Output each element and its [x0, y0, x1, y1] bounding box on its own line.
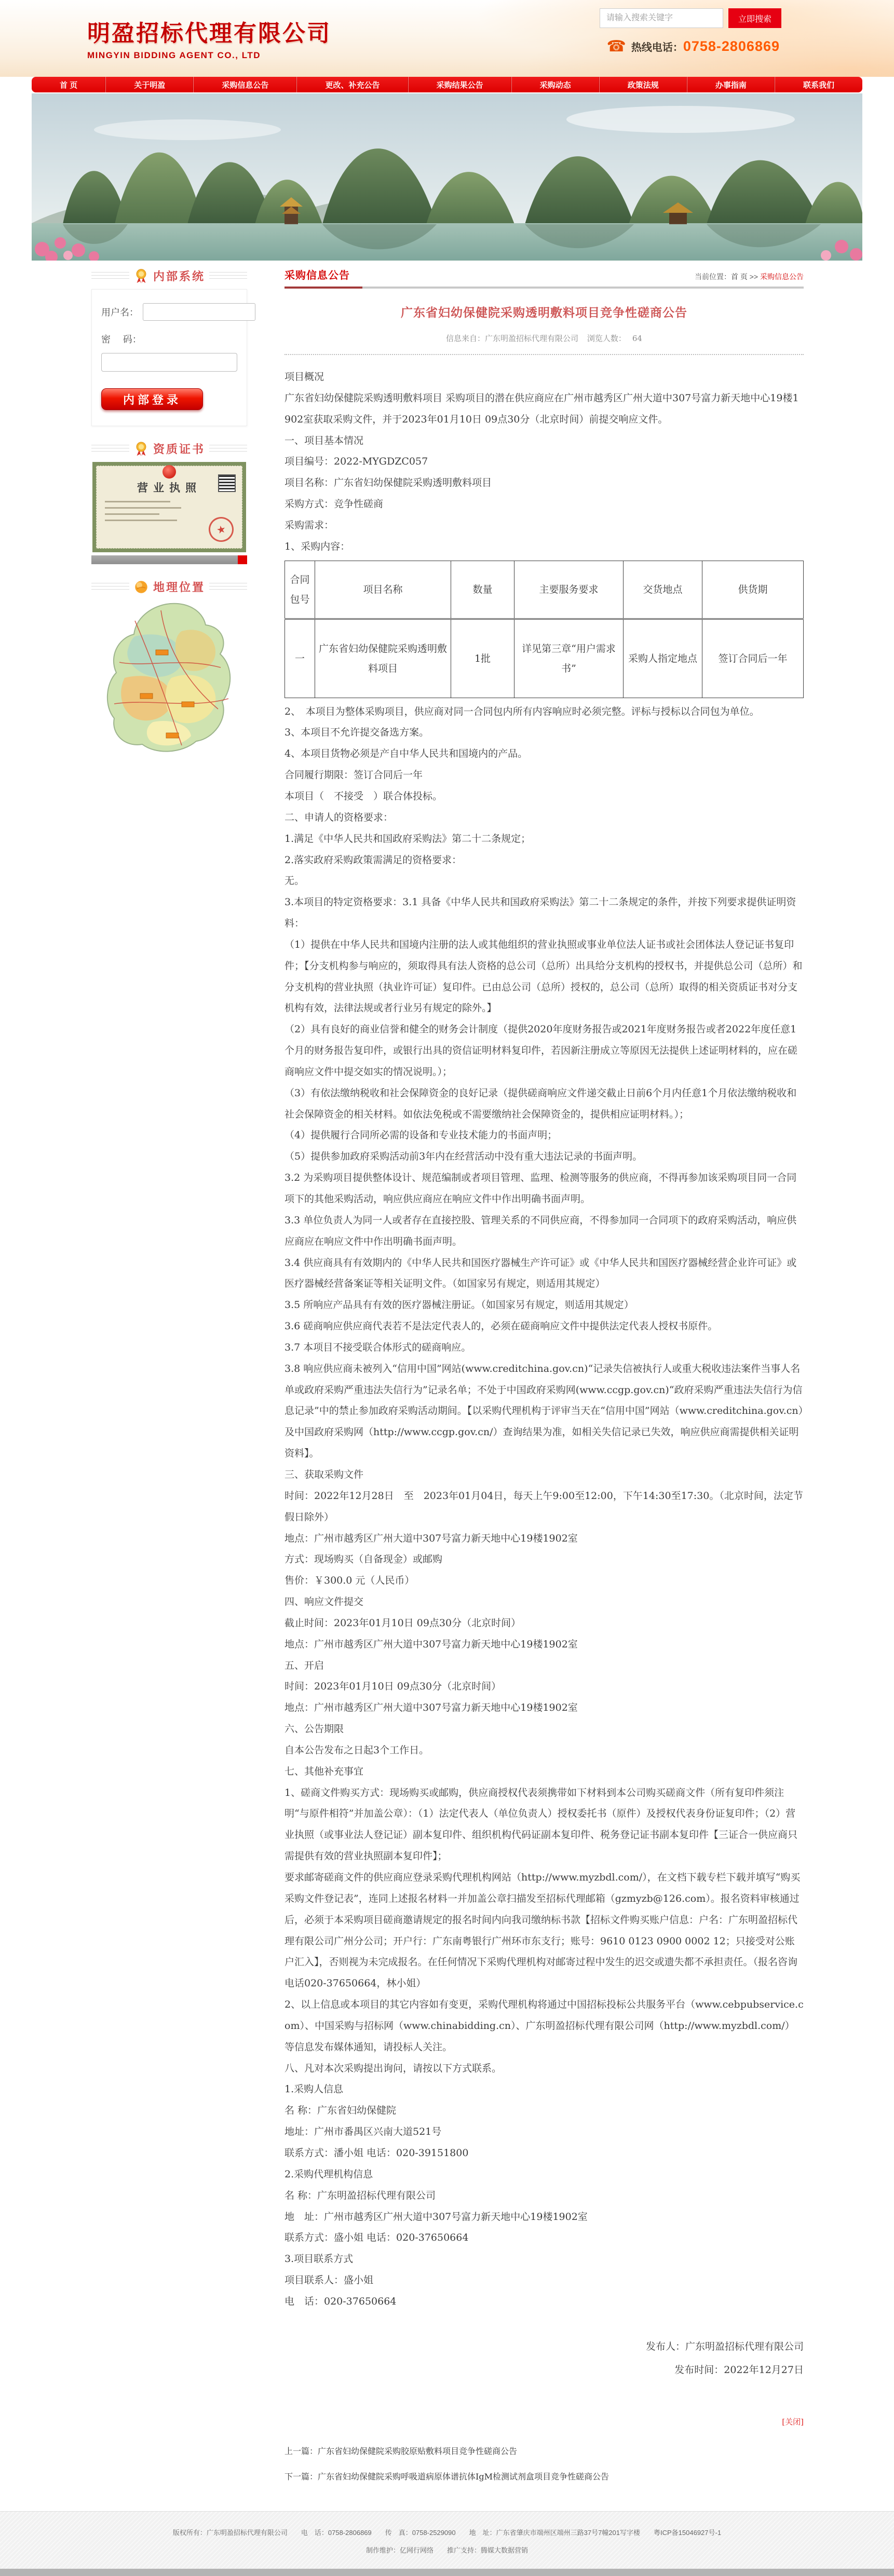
- main-header-row: 采购信息公告 当前位置：首 页 >> 采购信息公告: [285, 265, 804, 282]
- search-button[interactable]: 立即搜索: [728, 8, 781, 28]
- username-field[interactable]: [143, 303, 255, 321]
- article-paragraph: 一、项目基本情况: [285, 430, 804, 452]
- article-paragraph: 地点：广州市越秀区广州大道中307号富力新天地中心19楼1902室: [285, 1528, 804, 1549]
- close-row: [关闭]: [285, 2416, 804, 2427]
- logo-subtitle: MINGYIN BIDDING AGENT CO., LTD: [87, 50, 331, 61]
- breadcrumb-separator: >>: [748, 272, 760, 281]
- hotline-number: 0758-2806869: [683, 38, 780, 54]
- article-paragraph: （5）提供参加政府采购活动前3年内在经营活动中没有重大违法记录的书面声明。: [285, 1146, 804, 1167]
- article-paragraph: 广东省妇幼保健院采购透明敷料项目 采购项目的潜在供应商应在广州市越秀区广州大道中…: [285, 388, 804, 430]
- password-label: 密 码：: [101, 332, 237, 346]
- article-paragraph: 采购需求：: [285, 515, 804, 536]
- article-paragraph: 要求邮寄磋商文件的供应商应登录采购代理机构网站（http://www.myzbd…: [285, 1867, 804, 1994]
- article-paragraph: 名 称：广东明盈招标代理有限公司: [285, 2185, 804, 2206]
- article-paragraph: 名 称：广东省妇幼保健院: [285, 2100, 804, 2121]
- article-paragraph: 2.落实政府采购政策需满足的资格要求：: [285, 850, 804, 871]
- table-row: 一 广东省妇幼保健院采购透明敷料项目 1批 详见第三章“用户需求书” 采购人指定…: [285, 619, 804, 698]
- article-paragraph: （1）提供在中华人民共和国境内注册的法人或其他组织的营业执照或事业单位法人证书或…: [285, 934, 804, 1019]
- article-paragraph: 电 话：020-37650664: [285, 2291, 804, 2312]
- article-paragraph: （2）具有良好的商业信誉和健全的财务会计制度（提供2020年度财务报告或2021…: [285, 1019, 804, 1083]
- article-paragraph: 方式：现场购买（自备现金）或邮购: [285, 1549, 804, 1570]
- article-paragraph: 3.4 供应商具有有效期内的《中华人民共和国医疗器械生产许可证》或《中华人民共和…: [285, 1252, 804, 1295]
- section-divider: [285, 287, 804, 289]
- search-input[interactable]: [600, 8, 723, 28]
- prev-next-links: 上一篇：广东省妇幼保健院采购胶原贴敷料项目竞争性磋商公告 下一篇：广东省妇幼保健…: [285, 2445, 804, 2482]
- col-supply-period: 供货期: [702, 561, 804, 619]
- article-paragraph: 八、凡对本次采购提出询问，请按以下方式联系。: [285, 2058, 804, 2079]
- next-article-link[interactable]: 下一篇：广东省妇幼保健院采购呼吸道病原体谱抗体IgM检测试剂盒项目竞争性磋商公告: [285, 2470, 804, 2482]
- article-paragraph: 地址：广州市番禺区兴南大道521号: [285, 2121, 804, 2143]
- article-paragraph: 3.7 本项目不接受联合体形式的磋商响应。: [285, 1337, 804, 1358]
- article-paragraph: 2、 本项目为整体采购项目，供应商对同一合同包内所有内容响应时必须完整。评标与授…: [285, 701, 804, 723]
- article-body-part1: 项目概况广东省妇幼保健院采购透明敷料项目 采购项目的潜在供应商应在广州市越秀区广…: [285, 366, 804, 557]
- decor-lines: [209, 583, 247, 591]
- procurement-table: 合同包号 项目名称 数量 主要服务要求 交货地点 供货期 一 广东省妇幼保健院采…: [285, 561, 804, 698]
- article-paragraph: 项目联系人：盛小姐: [285, 2270, 804, 2291]
- article-paragraph: 1、磋商文件购买方式：现场购买或邮购，供应商授权代表须携带如下材料到本公司购买磋…: [285, 1782, 804, 1867]
- password-field[interactable]: [101, 353, 237, 372]
- red-stamp-icon: ★: [207, 515, 236, 544]
- cell-quantity: 1批: [451, 619, 514, 698]
- banner-image: [32, 93, 862, 261]
- decor-lines: [91, 583, 129, 591]
- article-paragraph: 时间：2023年01月10日 09点30分（北京时间）: [285, 1676, 804, 1697]
- article-paragraph: 3.项目联系方式: [285, 2248, 804, 2270]
- article-paragraph: 2、以上信息或本项目的其它内容如有变更，采购代理机构将通过中国招标投标公共服务平…: [285, 1994, 804, 2058]
- publisher-line: 发布人：广东明盈招标代理有限公司: [285, 2335, 804, 2359]
- business-license-image: 营业执照 ★: [92, 462, 246, 552]
- nav-item[interactable]: 办事指南: [687, 77, 775, 92]
- article-paragraph: 地点：广州市越秀区广州大道中307号富力新天地中心19楼1902室: [285, 1697, 804, 1719]
- main-column: 采购信息公告 当前位置：首 页 >> 采购信息公告 广东省妇幼保健院采购透明敷料…: [285, 265, 804, 2482]
- cell-supply-period: 签订合同后一年: [702, 619, 804, 698]
- article-paragraph: 无。: [285, 870, 804, 892]
- national-emblem-icon: [162, 465, 176, 479]
- sidebar-login-title: 内部系统: [153, 268, 205, 284]
- cell-delivery-place: 采购人指定地点: [624, 619, 702, 698]
- article-paragraph: 二、申请人的资格要求：: [285, 807, 804, 828]
- certificate-scrollbar[interactable]: [91, 555, 247, 564]
- article-paragraph: 3、本项目不允许提交备选方案。: [285, 722, 804, 743]
- article-paragraph: 时间：2022年12月28日 至 2023年01月04日，每天上午9:00至12…: [285, 1485, 804, 1528]
- nav-item[interactable]: 采购结果公告: [409, 77, 512, 92]
- article-paragraph: 地点：广州市越秀区广州大道中307号富力新天地中心19楼1902室: [285, 1634, 804, 1655]
- article-paragraph: 1.采购人信息: [285, 2079, 804, 2100]
- info-views-count: 64: [632, 334, 642, 343]
- license-text-lines: [97, 496, 206, 521]
- article-paragraph: 采购方式：竞争性磋商: [285, 494, 804, 515]
- nav-item[interactable]: 政策法规: [600, 77, 687, 92]
- nav-item[interactable]: 联系我们: [775, 77, 862, 92]
- col-quantity: 数量: [451, 561, 514, 619]
- article-paragraph: （3）有依法缴纳税收和社会保障资金的良好记录（提供磋商响应文件递交截止日前6个月…: [285, 1083, 804, 1125]
- close-link[interactable]: [关闭]: [782, 2417, 804, 2427]
- article-paragraph: 三、获取采购文件: [285, 1464, 804, 1485]
- business-license-paper: 营业执照 ★: [96, 466, 242, 549]
- username-label: 用户名：: [101, 305, 139, 319]
- col-delivery-place: 交货地点: [624, 561, 702, 619]
- globe-icon: [133, 579, 149, 595]
- document-info-line: 信息来自：广东明盈招标代理有限公司 浏览人数：64: [285, 333, 804, 355]
- article-paragraph: 4、本项目货物必须是产自中华人民共和国境内的产品。: [285, 743, 804, 765]
- article-paragraph: 自本公告发布之日起3个工作日。: [285, 1740, 804, 1761]
- article-paragraph: 截止时间：2023年01月10日 09点30分（北京时间）: [285, 1613, 804, 1634]
- page-section-title: 采购信息公告: [285, 267, 350, 282]
- sidebar: 内部系统 用户名： 密 码： 内部登录 资质证书 营业执照: [91, 265, 247, 758]
- article-body-part2: 2、 本项目为整体采购项目，供应商对同一合同包内所有内容响应时必须完整。评标与授…: [285, 701, 804, 2312]
- site-logo: 明盈招标代理有限公司 MINGYIN BIDDING AGENT CO., LT…: [87, 15, 331, 61]
- article-paragraph: 七、其他补充事宜: [285, 1761, 804, 1782]
- table-header-row: 合同包号 项目名称 数量 主要服务要求 交货地点 供货期: [285, 561, 804, 619]
- document-title: 广东省妇幼保健院采购透明敷料项目竞争性磋商公告: [285, 303, 804, 320]
- nav-item[interactable]: 首 页: [32, 77, 106, 92]
- decor-lines: [209, 445, 247, 453]
- nav-item[interactable]: 采购动态: [512, 77, 600, 92]
- breadcrumb: 当前位置：首 页 >> 采购信息公告: [695, 271, 804, 282]
- decor-lines: [91, 272, 129, 280]
- breadcrumb-prefix: 当前位置：: [695, 272, 731, 281]
- cell-package-no: 一: [285, 619, 315, 698]
- cell-service-requirements: 详见第三章“用户需求书”: [514, 619, 624, 698]
- article-paragraph: 项目概况: [285, 366, 804, 388]
- article-paragraph: 1.满足《中华人民共和国政府采购法》第二十二条规定；: [285, 828, 804, 850]
- article-paragraph: 合同履行期限：签订合同后一年: [285, 765, 804, 786]
- sidebar-section-header-certificate: 资质证书: [91, 441, 247, 457]
- article-paragraph: 六、公告期限: [285, 1719, 804, 1740]
- article-paragraph: 项目名称：广东省妇幼保健院采购透明敷料项目: [285, 472, 804, 494]
- location-map-image: [104, 600, 235, 756]
- medal-icon: [133, 268, 149, 284]
- info-source: 信息来自：广东明盈招标代理有限公司: [446, 334, 578, 343]
- footer-credits-line: 制作维护：亿网行网络 推广支持：腾媒大数据营销: [0, 2542, 894, 2559]
- footer-copyright-line: 版权所有：广东明盈招标代理有限公司 电 话：0758-2806869 传 真：0…: [0, 2524, 894, 2542]
- hotline-label: 热线电话：: [631, 39, 683, 54]
- article-paragraph: 3.8 响应供应商未被列入“信用中国”网站(www.creditchina.go…: [285, 1358, 804, 1464]
- signature-block: 发布人：广东明盈招标代理有限公司 发布时间：2022年12月27日: [285, 2335, 804, 2382]
- nav-item[interactable]: 采购信息公告: [194, 77, 297, 92]
- nav-item[interactable]: 更改、补充公告: [297, 77, 408, 92]
- decor-lines: [209, 272, 247, 280]
- info-views-label: 浏览人数：: [587, 334, 626, 343]
- article-paragraph: 项目编号：2022-MYGDZC057: [285, 451, 804, 472]
- article-paragraph: 售价：￥300.0 元（人民币）: [285, 1570, 804, 1591]
- article-paragraph: 四、响应文件提交: [285, 1591, 804, 1613]
- col-service-requirements: 主要服务要求: [514, 561, 624, 619]
- login-button[interactable]: 内部登录: [101, 388, 203, 410]
- article-paragraph: 五、开启: [285, 1655, 804, 1677]
- certificate-section: 营业执照 ★: [91, 462, 247, 564]
- hotline: ☎ 热线电话： 0758-2806869: [606, 38, 780, 54]
- medal-icon: [133, 441, 149, 457]
- decor-lines: [91, 445, 129, 453]
- breadcrumb-current: 采购信息公告: [760, 272, 804, 281]
- location-section: [91, 600, 247, 758]
- login-box: 用户名： 密 码： 内部登录: [91, 289, 247, 426]
- qr-code-icon: [219, 475, 235, 491]
- article-paragraph: 3.6 磋商响应供应商代表若不是法定代表人的，必须在磋商响应文件中提供法定代表人…: [285, 1316, 804, 1337]
- content-area: 内部系统 用户名： 密 码： 内部登录 资质证书 营业执照: [32, 261, 862, 2498]
- article-paragraph: （4）提供履行合同所必需的设备和专业技术能力的书面声明；: [285, 1125, 804, 1146]
- phone-icon: ☎: [606, 39, 626, 54]
- nav-item[interactable]: 关于明盈: [106, 77, 194, 92]
- prev-article-link[interactable]: 上一篇：广东省妇幼保健院采购胶原贴敷料项目竞争性磋商公告: [285, 2445, 804, 2457]
- main-nav: 首 页关于明盈采购信息公告更改、补充公告采购结果公告采购动态政策法规办事指南联系…: [32, 77, 862, 92]
- bottom-bar: [0, 2569, 894, 2576]
- cell-project-name: 广东省妇幼保健院采购透明敷料项目: [315, 619, 451, 698]
- article-paragraph: 1、采购内容：: [285, 536, 804, 557]
- col-project-name: 项目名称: [315, 561, 451, 619]
- article-paragraph: 联系方式：潘小姐 电话：020-39151800: [285, 2143, 804, 2164]
- article-paragraph: 本项目（ 不接受 ）联合体投标。: [285, 786, 804, 807]
- article-paragraph: 3.2 为采购项目提供整体设计、规范编制或者项目管理、监理、检测等服务的供应商，…: [285, 1167, 804, 1210]
- article-paragraph: 地 址：广州市越秀区广州大道中307号富力新天地中心19楼1902室: [285, 2206, 804, 2228]
- breadcrumb-home-link[interactable]: 首 页: [731, 272, 748, 281]
- search-bar: 立即搜索: [600, 8, 781, 28]
- article-paragraph: 3.本项目的特定资格要求：3.1 具备《中华人民共和国政府采购法》第二十二条规定…: [285, 892, 804, 934]
- publish-date-line: 发布时间：2022年12月27日: [285, 2359, 804, 2382]
- sidebar-certificate-title: 资质证书: [153, 441, 205, 457]
- sidebar-section-header-login: 内部系统: [91, 268, 247, 284]
- sidebar-section-header-location: 地理位置: [91, 579, 247, 595]
- certificate-scrollbar-thumb[interactable]: [238, 555, 247, 564]
- article-paragraph: 3.3 单位负责人为同一人或者存在直接控股、管理关系的不同供应商，不得参加同一合…: [285, 1210, 804, 1252]
- article-paragraph: 3.5 所响应产品具有有效的医疗器械注册证。（如国家另有规定，则适用其规定）: [285, 1294, 804, 1316]
- article-paragraph: 联系方式：盛小姐 电话：020-37650664: [285, 2227, 804, 2248]
- announcement-article: 项目概况广东省妇幼保健院采购透明敷料项目 采购项目的潜在供应商应在广州市越秀区广…: [285, 366, 804, 2482]
- site-footer: 版权所有：广东明盈招标代理有限公司 电 话：0758-2806869 传 真：0…: [0, 2511, 894, 2569]
- col-contract-package: 合同包号: [285, 561, 315, 619]
- logo-title: 明盈招标代理有限公司: [87, 15, 331, 48]
- article-paragraph: 2.采购代理机构信息: [285, 2164, 804, 2185]
- site-header: 明盈招标代理有限公司 MINGYIN BIDDING AGENT CO., LT…: [0, 0, 894, 77]
- sidebar-location-title: 地理位置: [153, 579, 205, 595]
